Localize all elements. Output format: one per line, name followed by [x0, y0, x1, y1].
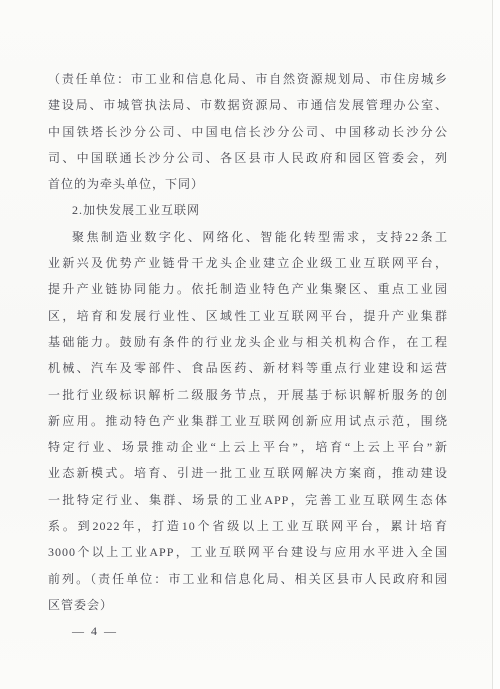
section-heading: 2.加快发展工业互联网	[48, 197, 448, 223]
paragraph-responsibility-note: （责任单位：市工业和信息化局、市自然资源规划局、市住房城乡 建设局、市城管执法局…	[48, 66, 448, 197]
text-line: 系。到2022年，打造10个省级以上工业互联网平台，累计培育	[48, 513, 448, 539]
section-heading-block: 2.加快发展工业互联网	[48, 197, 448, 223]
page-edge-margin	[493, 0, 500, 689]
text-line: 提升产业链协同能力。依托制造业特色产业集聚区、重点工业园	[48, 276, 448, 302]
page-edge-line	[492, 0, 493, 689]
text-line: 新应用。推动特色产业集群工业互联网创新应用试点示范，围绕	[48, 408, 448, 434]
text-line: 区，培育和发展行业性、区域性工业互联网平台，提升产业集群	[48, 303, 448, 329]
text-line: （责任单位：市工业和信息化局、市自然资源规划局、市住房城乡	[48, 66, 448, 92]
text-line: 3000个以上工业APP，工业互联网平台建设与应用水平进入全国	[48, 539, 448, 565]
page-number: — 4 —	[48, 618, 448, 644]
text-line: 一批行业级标识解析二级服务节点，开展基于标识解析服务的创	[48, 382, 448, 408]
text-line: 前列。（责任单位：市工业和信息化局、相关区县市人民政府和园	[48, 566, 448, 592]
text-line: 建设局、市城管执法局、市数据资源局、市通信发展管理办公室、	[48, 92, 448, 118]
text-line: 业态新模式。培育、引进一批工业互联网解决方案商，推动建设	[48, 460, 448, 486]
text-line: 特定行业、场景推动企业“上云上平台”，培育“上云上平台”新	[48, 434, 448, 460]
paragraph-body: 聚焦制造业数字化、网络化、智能化转型需求，支持22条工 业新兴及优势产业链骨干龙…	[48, 224, 448, 618]
text-line: 基础能力。鼓励有条件的行业龙头企业与相关机构合作，在工程	[48, 329, 448, 355]
text-line: 聚焦制造业数字化、网络化、智能化转型需求，支持22条工	[48, 224, 448, 250]
text-line: 首位的为牵头单位，下同）	[48, 171, 448, 197]
text-line: 区管委会）	[48, 592, 448, 618]
text-block: （责任单位：市工业和信息化局、市自然资源规划局、市住房城乡 建设局、市城管执法局…	[48, 66, 448, 645]
text-line: 中国铁塔长沙分公司、中国电信长沙分公司、中国移动长沙分公	[48, 119, 448, 145]
text-line: 业新兴及优势产业链骨干龙头企业建立企业级工业互联网平台，	[48, 250, 448, 276]
text-line: 机械、汽车及零部件、食品医药、新材料等重点行业建设和运营	[48, 355, 448, 381]
text-line: 一批特定行业、集群、场景的工业APP，完善工业互联网生态体	[48, 487, 448, 513]
scanned-document-page: （责任单位：市工业和信息化局、市自然资源规划局、市住房城乡 建设局、市城管执法局…	[0, 0, 500, 689]
text-line: 司、中国联通长沙分公司、各区县市人民政府和园区管委会，列	[48, 145, 448, 171]
